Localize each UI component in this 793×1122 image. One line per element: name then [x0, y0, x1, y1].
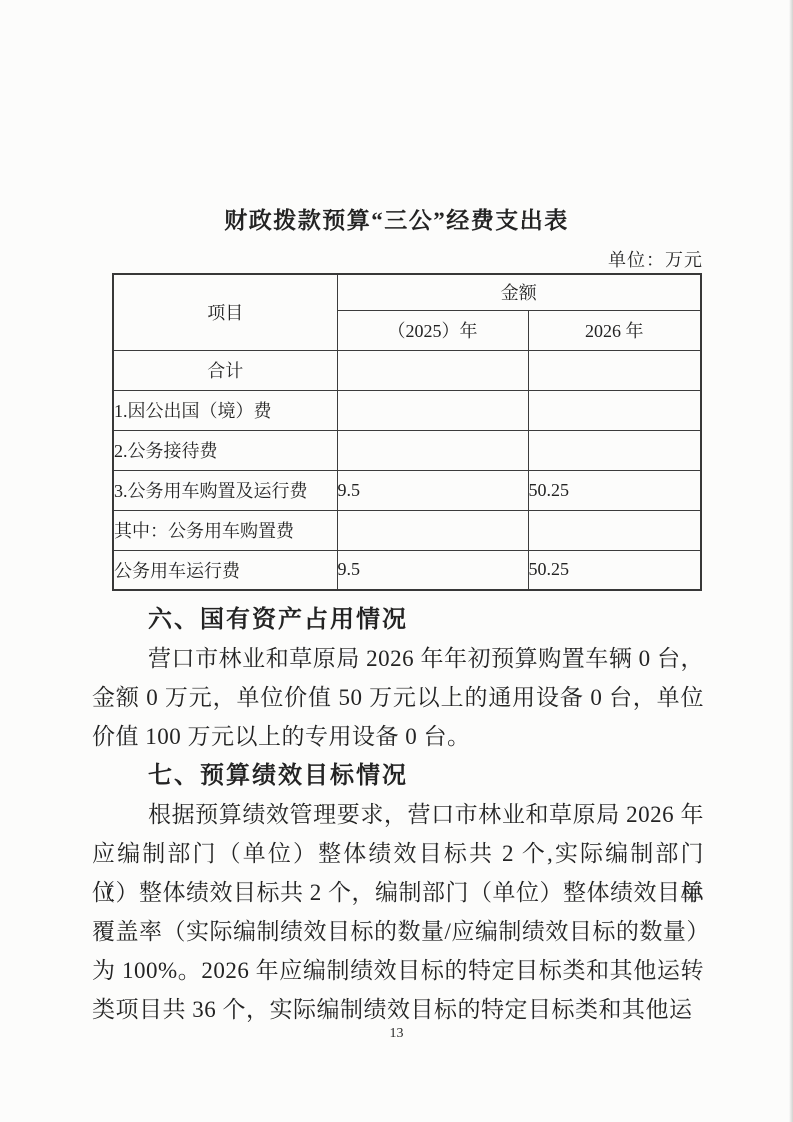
col-header-year-2025: （2025）年	[337, 310, 528, 350]
col-header-year-2026: 2026 年	[528, 310, 701, 350]
value-2025-cell	[337, 510, 528, 550]
table-row-vehicle-operation: 公务用车运行费 9.5 50.25	[113, 550, 701, 590]
table-row-abroad-fee: 1.因公出国（境）费	[113, 390, 701, 430]
paragraph-line: 覆盖率（实际编制绩效目标的数量/应编制绩效目标的数量）	[92, 912, 704, 951]
value-2025-cell: 9.5	[337, 550, 528, 590]
value-2026-cell	[528, 510, 701, 550]
scan-edge	[789, 0, 793, 1122]
row-label-cell: 1.因公出国（境）费	[113, 390, 337, 430]
document-title: 财政拨款预算“三公”经费支出表	[0, 202, 793, 235]
row-label-cell: 其中：公务用车购置费	[113, 510, 337, 550]
paragraph-line: 类项目共 36 个，实际编制绩效目标的特定目标类和其他运	[92, 990, 704, 1029]
paragraph-line: 应编制部门（单位）整体绩效目标共 2 个,实际编制部门（单	[92, 834, 704, 873]
col-header-amount: 金额	[337, 274, 701, 310]
row-label-cell: 3.公务用车购置及运行费	[113, 470, 337, 510]
table-row-reception-fee: 2.公务接待费	[113, 430, 701, 470]
value-2026-cell: 50.25	[528, 470, 701, 510]
value-2026-cell	[528, 390, 701, 430]
section-heading-state-assets: 六、国有资产占用情况	[148, 600, 704, 639]
body-text: 六、国有资产占用情况 营口市林业和草原局 2026 年年初预算购置车辆 0 台，…	[92, 600, 704, 1029]
table-row-vehicle-purchase: 其中：公务用车购置费	[113, 510, 701, 550]
paragraph-line: 位）整体绩效目标共 2 个，编制部门（单位）整体绩效目标	[92, 873, 704, 912]
value-2025-cell	[337, 350, 528, 390]
value-2025-cell	[337, 390, 528, 430]
paragraph-line: 为 100%。2026 年应编制绩效目标的特定目标类和其他运转	[92, 951, 704, 990]
row-label-cell: 合计	[113, 350, 337, 390]
value-2026-cell	[528, 350, 701, 390]
table-header-row-1: 项目 金额	[113, 274, 701, 310]
col-header-item: 项目	[113, 274, 337, 350]
section-heading-performance-targets: 七、预算绩效目标情况	[148, 756, 704, 795]
value-2025-cell: 9.5	[337, 470, 528, 510]
three-public-expense-table: 项目 金额 （2025）年 2026 年 合计 1.因公出国（境）费 2.公务接…	[112, 273, 702, 591]
table-row-vehicle-total: 3.公务用车购置及运行费 9.5 50.25	[113, 470, 701, 510]
document-page: 财政拨款预算“三公”经费支出表 单位：万元 项目 金额 （2025）年 2026…	[0, 0, 793, 1122]
value-2026-cell: 50.25	[528, 550, 701, 590]
paragraph-line: 营口市林业和草原局 2026 年年初预算购置车辆 0 台，	[92, 639, 704, 678]
table-row-total: 合计	[113, 350, 701, 390]
paragraph-line: 金额 0 万元，单位价值 50 万元以上的通用设备 0 台，单位	[92, 678, 704, 717]
row-label-cell: 2.公务接待费	[113, 430, 337, 470]
page-number: 13	[0, 1026, 793, 1042]
paragraph-line: 根据预算绩效管理要求，营口市林业和草原局 2026 年	[92, 795, 704, 834]
unit-label: 单位：万元	[608, 246, 703, 272]
row-label-cell: 公务用车运行费	[113, 550, 337, 590]
paragraph-line: 价值 100 万元以上的专用设备 0 台。	[92, 717, 704, 756]
value-2026-cell	[528, 430, 701, 470]
value-2025-cell	[337, 430, 528, 470]
